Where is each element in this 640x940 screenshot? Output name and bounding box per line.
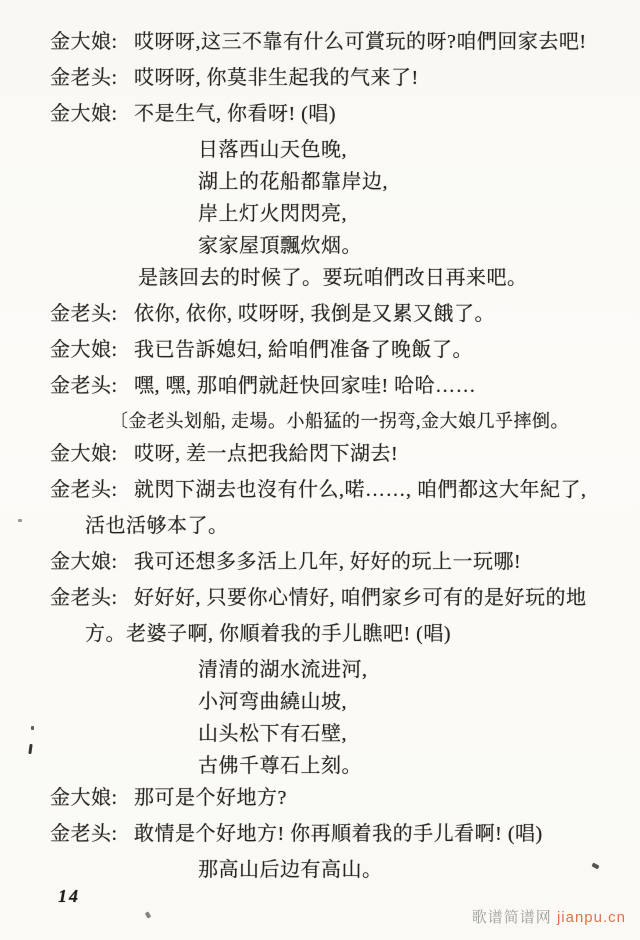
- script-line-dialogue: 金大娘:那可是个好地方?: [50, 784, 626, 812]
- script-line-dialogue: 金老头:好好好, 只要你心情好, 咱們家乡可有的是好玩的地: [50, 584, 626, 612]
- dialogue-text: 不是生气, 你看呀! (唱): [134, 100, 336, 128]
- dialogue-text: 我已告訴媳妇, 給咱們准备了晚飯了。: [134, 336, 473, 364]
- script-line-dialogue: 金大娘:我可还想多多活上几年, 好好的玩上一玩哪!: [50, 548, 626, 576]
- speaker-label: 金大娘:: [50, 784, 134, 812]
- speaker-label: 金大娘:: [50, 28, 134, 56]
- scan-artifact: [28, 744, 32, 754]
- dialogue-text: 那可是个好地方?: [134, 784, 287, 812]
- script-line-verse: 日落西山天色晚,: [50, 136, 626, 164]
- script-body: 金大娘:哎呀呀,这三不靠有什么可賞玩的呀?咱們回家去吧!金老头:哎呀呀, 你莫非…: [50, 28, 626, 884]
- script-line-verse: 山头松下有石壁,: [50, 720, 626, 748]
- speaker-label: 金老头:: [50, 64, 134, 92]
- script-line-verse: 小河弯曲繞山坡,: [50, 688, 626, 716]
- script-line-dialogue: 金大娘:我已告訴媳妇, 給咱們准备了晚飯了。: [50, 336, 626, 364]
- script-line-continuation: 是該回去的时候了。要玩咱們改日再来吧。: [50, 264, 626, 292]
- site-watermark: 歌谱简谱网 jianpu.cn: [472, 906, 626, 927]
- script-line-verse: 家家屋頂飄炊烟。: [50, 232, 626, 260]
- script-line-dialogue: 金老头:依你, 依你, 哎呀呀, 我倒是又累又餓了。: [50, 300, 626, 328]
- script-line-dialogue: 金大娘:哎呀呀,这三不靠有什么可賞玩的呀?咱們回家去吧!: [50, 28, 626, 56]
- script-line-dialogue: 金老头:就閃下湖去也沒有什么,喏……, 咱們都这大年紀了,: [50, 476, 626, 504]
- scan-artifact: [31, 726, 34, 730]
- script-line-dialogue: 金大娘:哎呀, 差一点把我給閃下湖去!: [50, 440, 626, 468]
- script-line-dialogue: 金老头:嘿, 嘿, 那咱們就赶快回家哇! 哈哈……: [50, 372, 626, 400]
- script-line-verse: 岸上灯火閃閃亮,: [50, 200, 626, 228]
- script-line-dialogue: 金大娘:不是生气, 你看呀! (唱): [50, 100, 626, 128]
- watermark-site-domain: jianpu.cn: [557, 909, 626, 926]
- dialogue-text: 好好好, 只要你心情好, 咱們家乡可有的是好玩的地: [134, 584, 587, 612]
- scan-artifact: [145, 911, 151, 918]
- speaker-label: 金大娘:: [50, 100, 134, 128]
- speaker-label: 金大娘:: [50, 336, 134, 364]
- speaker-label: 金老头:: [50, 300, 134, 328]
- dialogue-text: 哎呀呀, 你莫非生起我的气来了!: [134, 64, 419, 92]
- speaker-label: 金大娘:: [50, 440, 134, 468]
- script-line-dialogue: 金老头:哎呀呀, 你莫非生起我的气来了!: [50, 64, 626, 92]
- dialogue-text: 嘿, 嘿, 那咱們就赶快回家哇! 哈哈……: [134, 372, 476, 400]
- page-number: 14: [58, 886, 80, 907]
- speaker-label: 金老头:: [50, 372, 134, 400]
- speaker-label: 金大娘:: [50, 548, 134, 576]
- watermark-site-name: 歌谱简谱网: [472, 909, 552, 926]
- dialogue-text: 依你, 依你, 哎呀呀, 我倒是又累又餓了。: [134, 300, 495, 328]
- script-line-wrap: 活也活够本了。: [50, 512, 626, 540]
- script-line-verse: 湖上的花船都靠岸边,: [50, 168, 626, 196]
- scan-artifact: [18, 519, 22, 522]
- speaker-label: 金老头:: [50, 820, 134, 848]
- script-line-wrap: 方。老婆子啊, 你順着我的手儿瞧吧! (唱): [50, 620, 626, 648]
- speaker-label: 金老头:: [50, 476, 134, 504]
- script-line-verse: 清清的湖水流进河,: [50, 656, 626, 684]
- dialogue-text: 哎呀, 差一点把我給閃下湖去!: [134, 440, 398, 468]
- script-line-stage: 〔金老头划船, 走場。小船猛的一拐弯,金大娘几乎摔倒。: [50, 408, 626, 434]
- dialogue-text: 就閃下湖去也沒有什么,喏……, 咱們都这大年紀了,: [134, 476, 587, 504]
- script-line-verse: 古佛千尊石上刻。: [50, 752, 626, 780]
- script-line-verse: 那高山后边有高山。: [50, 856, 626, 884]
- script-line-dialogue: 金老头:敢情是个好地方! 你再順着我的手儿看啊! (唱): [50, 820, 626, 848]
- scanned-script-page: 金大娘:哎呀呀,这三不靠有什么可賞玩的呀?咱們回家去吧!金老头:哎呀呀, 你莫非…: [0, 0, 640, 940]
- dialogue-text: 我可还想多多活上几年, 好好的玩上一玩哪!: [134, 548, 521, 576]
- dialogue-text: 哎呀呀,这三不靠有什么可賞玩的呀?咱們回家去吧!: [134, 28, 587, 56]
- speaker-label: 金老头:: [50, 584, 134, 612]
- dialogue-text: 敢情是个好地方! 你再順着我的手儿看啊! (唱): [134, 820, 543, 848]
